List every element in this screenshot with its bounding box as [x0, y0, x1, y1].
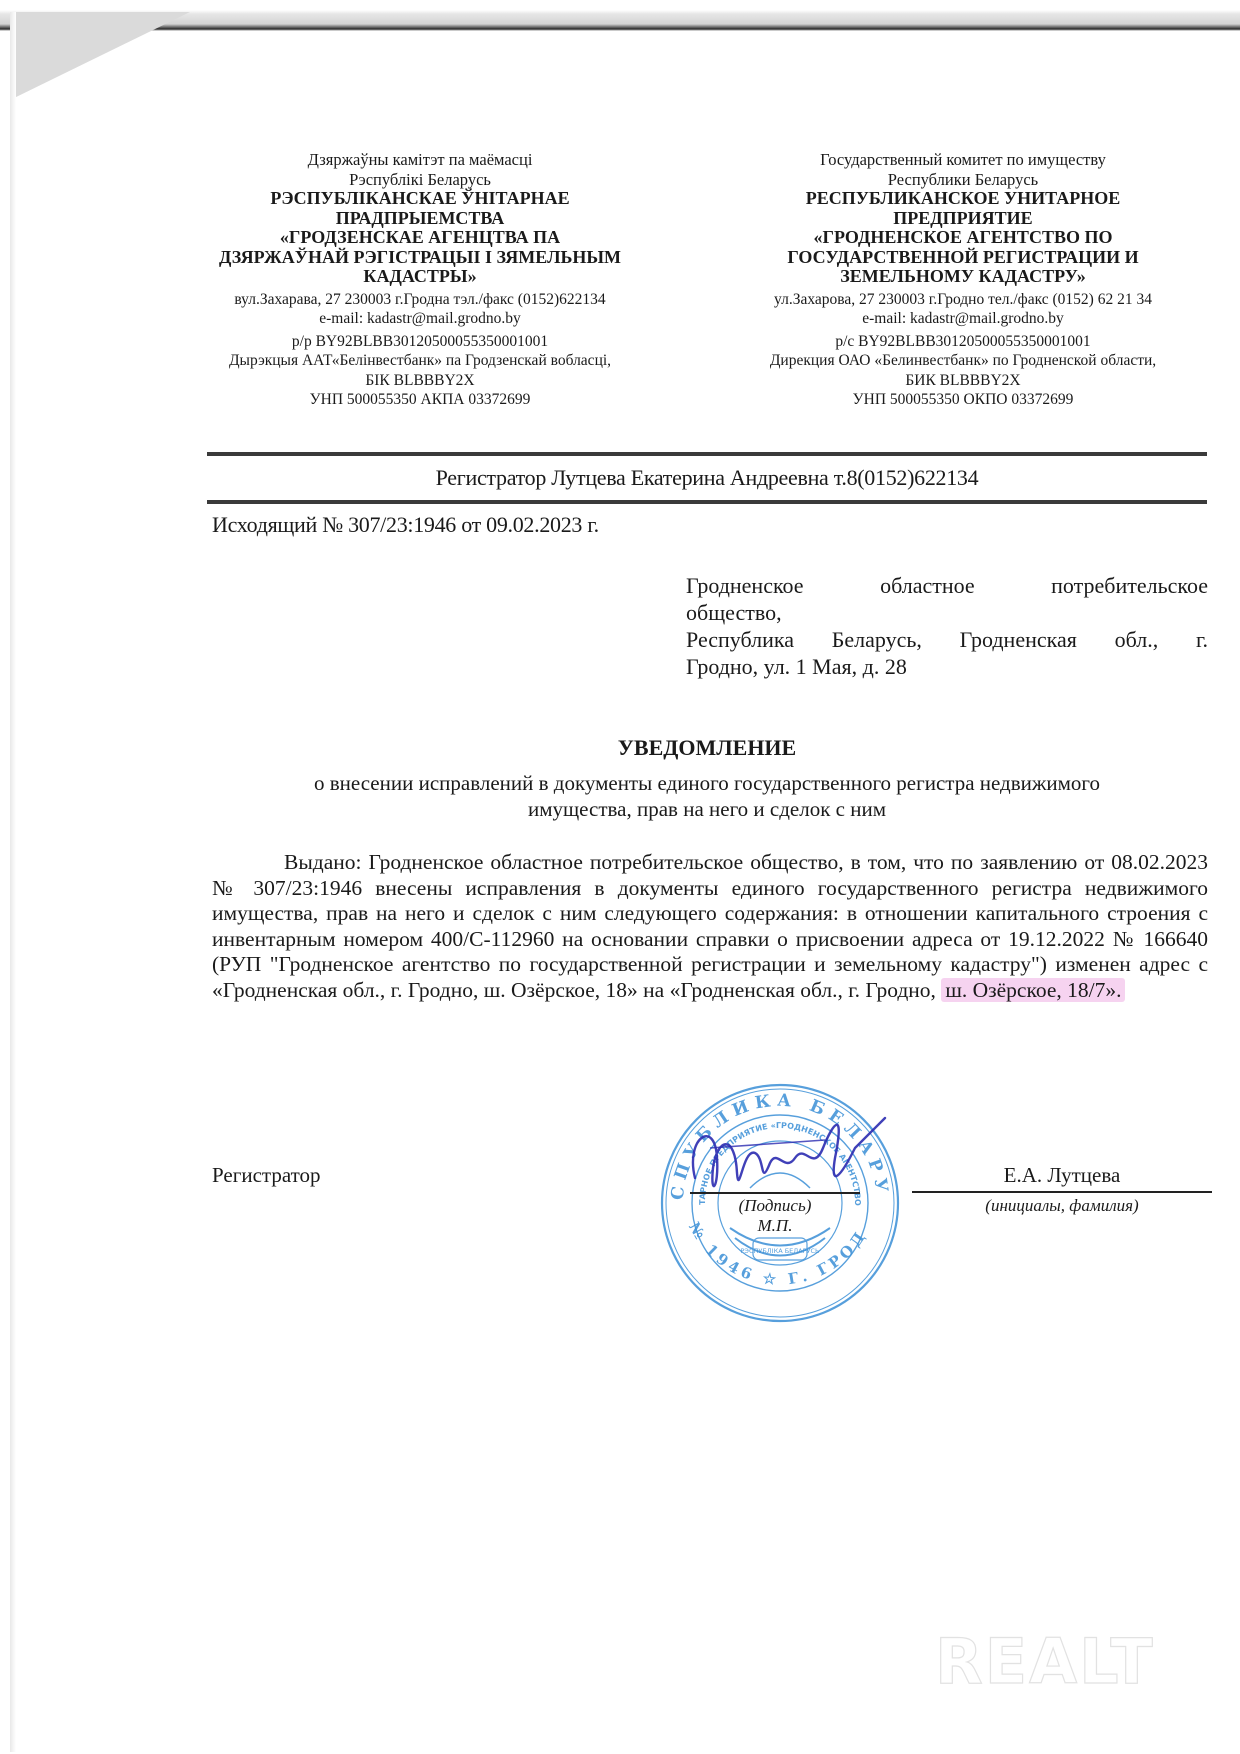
name-caption: (инициалы, фамилия) [912, 1196, 1212, 1216]
highlighted-new-address: ш. Озёрское, 18/7». [941, 978, 1125, 1002]
signature-label: (Подпись) [715, 1196, 835, 1216]
bank-account-line: р/с BY92BLBB30120500055350001001 [728, 332, 1198, 352]
subtitle-line: о внесении исправлений в документы едино… [207, 770, 1207, 796]
org-name-line: ГОСУДАРСТВЕННОЙ РЕГИСТРАЦИИ И [728, 248, 1198, 268]
bic-line: БИК BLBBBY2X [728, 371, 1198, 391]
addressee-line: общество, [686, 599, 1208, 626]
signature-caption: (Подпись) М.П. [715, 1196, 835, 1236]
document-title: УВЕДОМЛЕНИЕ [207, 735, 1207, 761]
subtitle-line: имущества, прав на него и сделок с ним [207, 796, 1207, 822]
email-line: e-mail: kadastr@mail.grodno.by [185, 309, 655, 329]
header-divider-top [207, 452, 1207, 456]
scan-edge-left [10, 12, 16, 1752]
notice-body: Выдано: Гродненское областное потребител… [212, 850, 1208, 1003]
org-name-line: КАДАСТРЫ» [185, 267, 655, 287]
outgoing-number: Исходящий № 307/23:1946 от 09.02.2023 г. [212, 512, 599, 538]
bank-name-line: Дирекция ОАО «Белинвестбанк» по Гродненс… [728, 351, 1198, 371]
org-name-line: ДЗЯРЖАЎНАЙ РЭГІСТРАЦЫІ І ЗЯМЕЛЬНЫМ [185, 248, 655, 268]
letterhead-belarusian: Дзяржаўны камітэт па маёмасці Рэспублікі… [185, 150, 655, 410]
signer-name: Е.А. Лутцева [912, 1163, 1212, 1188]
header-divider-bottom [207, 500, 1207, 504]
registrar-contact-line: Регистратор Лутцева Екатерина Андреевна … [207, 465, 1207, 491]
org-name-line: ПРЕДПРИЯТИЕ [728, 209, 1198, 229]
org-name-line: «ГРОДНЕНСКОЕ АГЕНТСТВО ПО [728, 228, 1198, 248]
bank-account-line: р/р BY92BLBB30120500055350001001 [185, 332, 655, 352]
bic-line: БІК BLBBBY2X [185, 371, 655, 391]
scan-folded-corner [10, 12, 190, 100]
signature-line [690, 1192, 860, 1194]
org-name-line: ПРАДПРЫЕМСТВА [185, 209, 655, 229]
org-name-line: ЗЕМЕЛЬНОМУ КАДАСТРУ» [728, 267, 1198, 287]
name-underline [912, 1191, 1212, 1193]
email-line: e-mail: kadastr@mail.grodno.by [728, 309, 1198, 329]
realt-watermark-logo: REALT [935, 1625, 1155, 1698]
addressee-line: Гродно, ул. 1 Мая, д. 28 [686, 653, 1208, 680]
tax-id-line: УНП 500055350 ОКПО 03372699 [728, 390, 1198, 410]
address-line: вул.Захарава, 27 230003 г.Гродна тэл./фа… [185, 290, 655, 310]
ministry-line: Республики Беларусь [728, 170, 1198, 190]
org-name-line: РЭСПУБЛІКАНСКАЕ ЎНІТАРНАЕ [185, 189, 655, 209]
document-subtitle: о внесении исправлений в документы едино… [207, 770, 1207, 822]
org-name-line: РЕСПУБЛИКАНСКОЕ УНИТАРНОЕ [728, 189, 1198, 209]
ministry-line: Дзяржаўны камітэт па маёмасці [185, 150, 655, 170]
signer-role: Регистратор [212, 1163, 321, 1188]
tax-id-line: УНП 500055350 АКПА 03372699 [185, 390, 655, 410]
addressee-line: Гродненское областное потребительское [686, 572, 1208, 599]
addressee-block: Гродненское областное потребительское об… [686, 572, 1208, 680]
ministry-line: Государственный комитет по имуществу [728, 150, 1198, 170]
ministry-line: Рэспублікі Беларусь [185, 170, 655, 190]
org-name-line: «ГРОДЗЕНСКАЕ АГЕНЦТВА ПА [185, 228, 655, 248]
address-line: ул.Захарова, 27 230003 г.Гродно тел./фак… [728, 290, 1198, 310]
addressee-line: Республика Беларусь, Гродненская обл., г… [686, 626, 1208, 653]
letterhead-russian: Государственный комитет по имуществу Рес… [728, 150, 1198, 410]
bank-name-line: Дырэкцыя ААТ«Белінвестбанк» па Гродзенск… [185, 351, 655, 371]
svg-text:РЭСПУБЛІКА БЕЛАРУСЬ: РЭСПУБЛІКА БЕЛАРУСЬ [740, 1247, 819, 1255]
seal-label: М.П. [715, 1216, 835, 1236]
